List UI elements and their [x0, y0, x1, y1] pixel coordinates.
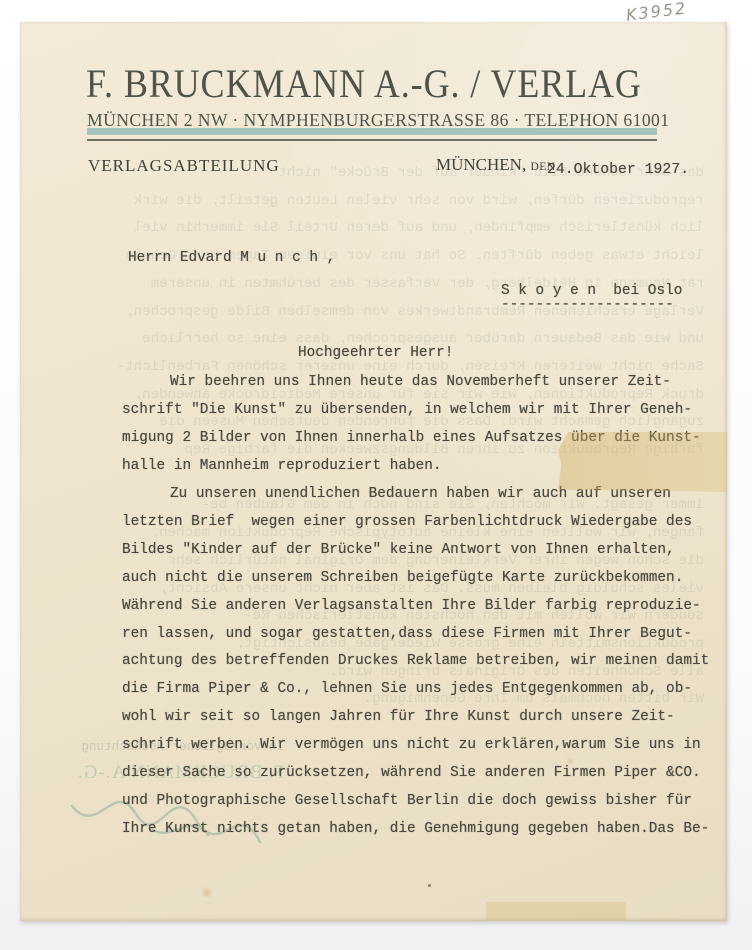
- tape-patch-bottom: [486, 902, 626, 921]
- letterhead-accent-bar: [87, 128, 657, 135]
- body-line: achtung des betreffenden Druckes Reklame…: [122, 648, 722, 676]
- letterhead-company: F. BRUCKMANN A.-G. / VERLAG: [86, 60, 642, 107]
- recipient-underline: --------------------: [501, 297, 674, 313]
- pencil-archive-code: K3952: [625, 0, 688, 25]
- body-line: ren lassen, und sogar gestatten,dass die…: [122, 621, 722, 649]
- scan-background: das sehr schöne Bild "Kinder auf der Brü…: [0, 0, 752, 950]
- stain-spot: [200, 887, 214, 898]
- body-line: Während Sie anderen Verlagsanstalten Ihr…: [122, 593, 722, 621]
- body-line: die Firma Piper & Co., lehnen Sie uns je…: [122, 676, 722, 704]
- typed-date: 24.Oktober 1927.: [547, 162, 689, 178]
- letter-sheet: das sehr schöne Bild "Kinder auf der Brü…: [20, 22, 727, 921]
- body-line: dieser Sache so zurücksetzen, während Si…: [122, 760, 722, 788]
- place-label: MÜNCHEN,: [436, 155, 530, 174]
- letterhead-department: VERLAGSABTEILUNG: [88, 156, 280, 176]
- body-paragraph-2: Zu unseren unendlichen Bedauern haben wi…: [122, 481, 722, 844]
- stain-spot: [565, 757, 575, 765]
- letterhead-rule: [87, 139, 657, 141]
- recipient-name: Herrn Edvard M u n c h ,: [128, 250, 335, 266]
- bleedthrough-line: lich künstlerisch empfinden, und auf der…: [48, 215, 704, 243]
- tape-patch-right: [558, 432, 727, 492]
- body-line: letzten Brief wegen einer grossen Farben…: [122, 509, 722, 537]
- body-line: auch nicht die unserem Schreiben beigefü…: [122, 565, 722, 593]
- ink-fleck: [428, 884, 431, 887]
- body-line: Wir beehren uns Ihnen heute das November…: [122, 369, 722, 397]
- body-line: Ihre Kunst nichts getan haben, die Geneh…: [122, 816, 722, 844]
- body-line: schrift "Die Kunst" zu übersenden, in we…: [122, 397, 722, 425]
- body-line: Bildes "Kinder auf der Brücke" keine Ant…: [122, 537, 722, 565]
- body-line: wohl wir seit so langen Jahren für Ihre …: [122, 704, 722, 732]
- letterhead-place-date: MÜNCHEN, DEN: [436, 155, 556, 175]
- bleedthrough-line: reproduzieren dürfen, wird von sehr viel…: [48, 188, 704, 216]
- salutation: Hochgeehrter Herr!: [298, 345, 453, 361]
- body-line: schrift werben. Wir vermögen uns nicht z…: [122, 732, 722, 760]
- body-line: und Photographische Gesellschaft Berlin …: [122, 788, 722, 816]
